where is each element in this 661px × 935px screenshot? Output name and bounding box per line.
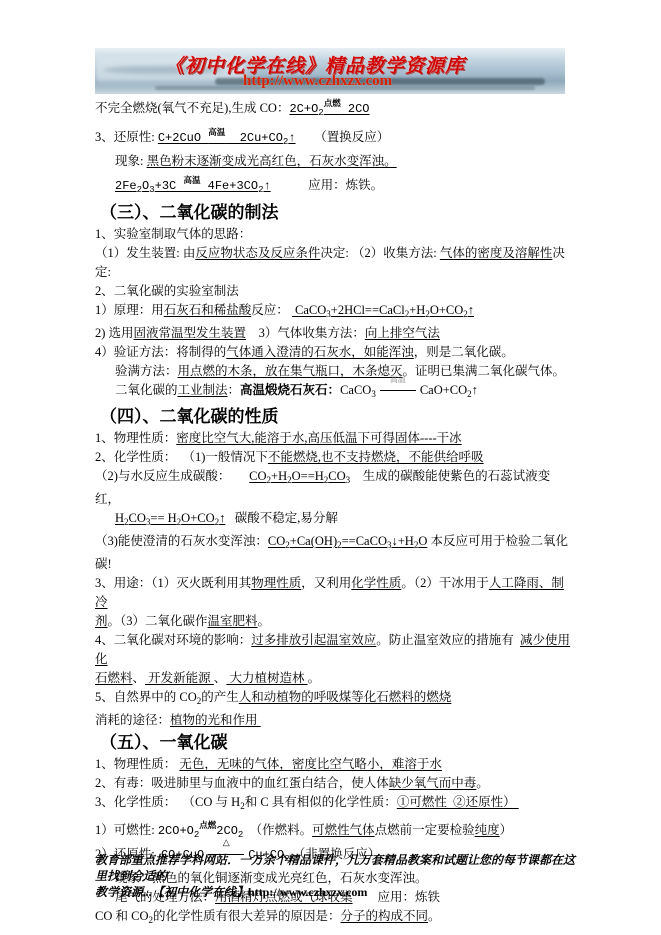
- text-segment: 。: [258, 614, 271, 628]
- text-line: 4、二氧化碳对环境的影响：过多排放引起温室效应。防止温室效应的措施有 减少使用化: [95, 631, 575, 669]
- text-line: 1）可燃性: 2CO+O2点燃2CO2 （作燃料。可燃性气体点燃前一定要检验纯度…: [95, 816, 575, 845]
- text-segment: 2、二氧化碳的实验室制法: [95, 284, 239, 298]
- formula-segment: 2C+O: [289, 102, 318, 116]
- formula-segment: 2CO: [341, 102, 370, 116]
- text-segment: 与: [212, 795, 231, 809]
- formula-segment: CO: [129, 511, 146, 525]
- formula-segment: ↑: [263, 179, 270, 193]
- section-heading: （五）、一氧化碳: [95, 730, 575, 755]
- underlined-phrase: 植物的光和作用: [170, 713, 261, 727]
- text-segment: 和: [245, 795, 261, 809]
- underlined-phrase: 反应物状态及反应条件: [195, 246, 320, 260]
- text-segment: 2、化学性质： （1)一般情况下: [95, 450, 268, 464]
- reaction-condition-label: △: [223, 833, 230, 852]
- text-segment: 缺少氧气而中毒: [389, 776, 477, 790]
- text-line: 2) 选用固液常温型发生装置 3）气体收集方法：向上排空气法: [95, 324, 575, 343]
- text-line: 2Fe2O3+3C 高温 4Fe+3CO2↑ 应用：炼铁。: [95, 171, 575, 200]
- reaction-condition-arrow: 高温: [380, 381, 416, 400]
- formula-segment: CO: [179, 690, 196, 704]
- text-segment: ①可燃性 ②还原性）: [397, 795, 519, 809]
- condition-superscript: 高温: [208, 127, 225, 137]
- underlined-phrase: 物理性质: [251, 576, 301, 590]
- text-segment: ：: [228, 383, 241, 397]
- text-segment: 用点燃的木条，放在集气瓶口，木条熄灭: [178, 364, 403, 378]
- text-line: CO 和 CO2的化学性质有很大差异的原因是：分子的构成不同。: [95, 907, 575, 930]
- formula-segment: C+2CuO: [158, 131, 208, 145]
- formula-segment: O+CO: [181, 511, 214, 525]
- text-segment: 碳酸不稳定,易分解: [225, 511, 338, 525]
- text-line: 2、有毒：吸进肺里与血液中的血红蛋白结合，使人体缺少氧气而中毒。: [95, 774, 575, 793]
- underlined-phrase: 可燃性气体: [312, 823, 375, 837]
- underlined-phrase: H2CO3== H2O+CO2↑: [115, 511, 225, 525]
- text-line: （3)能使澄清的石灰水变浑浊：CO2+Ca(OH)2==CaCO3↓+H2O 本…: [95, 532, 575, 574]
- formula-segment: ==CaCO: [342, 534, 387, 548]
- text-segment: （五）、一氧化碳: [100, 733, 228, 752]
- text-segment: 。: [308, 671, 321, 685]
- text-segment: 点燃前一定要检验: [375, 823, 475, 837]
- text-line: 消耗的途径：植物的光和作用: [95, 711, 575, 730]
- condition-superscript: 点燃: [324, 98, 341, 108]
- formula-segment: O: [418, 534, 427, 548]
- text-line: 1、物理性质：密度比空气大,能溶于水,高压低温下可得固体----干冰: [95, 429, 575, 448]
- formula-segment: 2CO+O: [158, 824, 194, 838]
- text-segment: 。: [476, 776, 489, 790]
- underlined-phrase: 化学性质: [351, 576, 401, 590]
- text-segment: 3、用途：（1）灭火既利用其: [95, 576, 251, 590]
- reaction-condition-label: 高温: [390, 370, 406, 389]
- formula-segment: H: [231, 795, 240, 809]
- underlined-phrase: 工业制法: [178, 383, 228, 397]
- text-segment: 决定: （2）收集方法:: [320, 246, 439, 260]
- text-line: 4）验证方法：将制得的气体通入澄清的石灰水，如能浑浊，则是二氧化碳。: [95, 343, 575, 362]
- formula-segment: == H: [150, 511, 176, 525]
- text-segment: 教育部重点推荐学科网站．一万余个精品课件，几万套精品教案和试题让您的每节课都在这…: [95, 853, 575, 883]
- text-segment: 、: [214, 671, 227, 685]
- underlined-phrase: CO2+Ca(OH)2==CaCO3↓+H2O: [268, 534, 427, 548]
- text-line: 1）原理：用石灰石和稀盐酸反应： CaCO3+2HCl==CaCl2+H2O+C…: [95, 301, 575, 324]
- text-segment: 的化学性质有很大差异的原因是：: [153, 909, 341, 923]
- text-line: 3、还原性: C+2CuO 高温 2Cu+CO2↑ （置换反应）: [95, 123, 575, 152]
- text-segment: 不完全燃烧(氧气不充足),生成: [95, 101, 260, 115]
- site-banner-image: 《初中化学在线》精品教学资源库 http://www.czhxzx.com: [95, 48, 565, 94]
- text-segment: （四）、二氧化碳的性质: [100, 407, 279, 426]
- formula-segment: CaCO: [292, 303, 326, 317]
- footer-url-link[interactable]: http://www.czhxzx.com: [248, 885, 367, 899]
- text-segment: 。: [428, 909, 441, 923]
- text-line: 2、二氧化碳的实验室制法: [95, 282, 575, 301]
- text-segment: 现象:: [115, 154, 147, 168]
- text-segment: 1）可燃性:: [95, 823, 158, 837]
- text-segment: 教学资源...【初中化学在线】: [95, 885, 248, 899]
- text-segment: 分子的构成不同: [341, 909, 429, 923]
- text-line: 2、化学性质： （1)一般情况下不能燃烧,也不支持燃烧，不能供给呼吸: [95, 448, 575, 467]
- text-segment: 固液常温型发生装置: [134, 326, 247, 340]
- underlined-phrase: 用点燃的木条，放在集气瓶口，木条熄灭: [178, 364, 403, 378]
- text-segment: 温室肥料: [208, 614, 258, 628]
- formula-segment: CO: [268, 534, 285, 548]
- text-segment: ，则是二氧化碳。: [414, 345, 514, 359]
- text-segment: 无色，无味的气体，密度比空气略小，难溶于水: [179, 757, 442, 771]
- text-segment: 纯度: [475, 823, 500, 837]
- text-segment: （三）、二氧化碳的制法: [100, 203, 279, 222]
- formula-segment: 2: [194, 830, 199, 840]
- formula-segment: CaCO: [340, 383, 371, 397]
- text-line: H2CO3== H2O+CO2↑ 碳酸不稳定,易分解: [95, 509, 575, 532]
- text-segment: 向上排空气法: [365, 326, 440, 340]
- formula-segment: ↓+H: [391, 534, 413, 548]
- text-segment: 二氧化碳的: [115, 383, 178, 397]
- formula-segment: 2Cu+CO: [225, 131, 283, 145]
- formula-segment: 2: [318, 108, 323, 118]
- text-segment: 1）原理：用: [95, 303, 164, 317]
- underlined-phrase: 石燃料: [95, 671, 133, 685]
- text-segment: 4）验证方法：将制得的: [95, 345, 226, 359]
- text-segment: 开发新能源: [145, 671, 214, 685]
- text-segment: 工业制法: [178, 383, 228, 397]
- text-segment: ，又利用: [301, 576, 351, 590]
- text-segment: 1、物理性质：: [95, 431, 176, 445]
- banner-url-link[interactable]: http://www.czhxzx.com: [243, 73, 392, 90]
- arrow-bar: [380, 390, 416, 391]
- formula-segment: CO: [195, 795, 212, 809]
- text-line: 教学资源...【初中化学在线】http://www.czhxzx.com: [95, 884, 575, 900]
- underlined-phrase: 气体通入澄清的石灰水，如能浑浊: [226, 345, 414, 359]
- text-segment: 反应：: [251, 303, 292, 317]
- text-segment: 高温煅烧石灰石：: [240, 383, 340, 397]
- text-line: 不完全燃烧(氧气不充足),生成 CO：2C+O2点燃 2CO: [95, 94, 575, 123]
- formula-segment: 2Fe: [115, 179, 137, 193]
- text-segment: 黑色粉末逐渐变成光高红色，石灰水变浑浊。: [147, 154, 397, 168]
- text-segment: 密度比空气大,能溶于水,高压低温下可得固体----干冰: [176, 431, 461, 445]
- text-segment: 5、自然界中的: [95, 690, 179, 704]
- text-segment: 。防止温室效应的措施有: [376, 633, 520, 647]
- formula-segment: +H: [271, 469, 287, 483]
- underlined-phrase: 缺少氧气而中毒: [389, 776, 477, 790]
- formula-segment: C: [260, 795, 268, 809]
- text-line: 现象: 黑色粉末逐渐变成光高红色，石灰水变浑浊。: [95, 152, 575, 171]
- underlined-phrase: 剂: [95, 614, 108, 628]
- underlined-phrase: ①可燃性 ②还原性）: [397, 795, 519, 809]
- text-line: 1、物理性质： 无色，无味的气体，密度比空气略小，难溶于水: [95, 755, 575, 774]
- formula-segment: +Ca(OH): [290, 534, 337, 548]
- text-segment: 3、化学性质： （: [95, 795, 195, 809]
- formula-segment: 3: [371, 389, 376, 399]
- condition-superscript: 高温: [183, 175, 200, 185]
- underlined-phrase: 气体的密度及溶解性: [440, 246, 553, 260]
- formula-segment: ↑: [472, 383, 478, 397]
- text-segment: 和: [112, 909, 131, 923]
- text-segment: 。证明已集满二氧化碳气体。: [403, 364, 566, 378]
- underlined-phrase: 2C+O2点燃 2CO: [289, 101, 369, 115]
- text-segment: 可燃性气体: [312, 823, 375, 837]
- document-page: 《初中化学在线》精品教学资源库 http://www.czhxzx.com 不完…: [0, 0, 661, 935]
- formula-segment: CO: [95, 909, 112, 923]
- underlined-phrase: C+2CuO 高温 2Cu+CO2↑: [158, 130, 296, 144]
- text-segment: （作燃料。: [243, 823, 312, 837]
- formula-segment: CO: [260, 101, 277, 115]
- section-heading: （三）、二氧化碳的制法: [95, 200, 575, 225]
- formula-segment: O+CO: [430, 303, 463, 317]
- underlined-phrase: CaCO3+2HCl==CaCl2+H2O+CO2↑: [292, 303, 474, 317]
- text-line: （1）发生装置: 由反应物状态及反应条件决定: （2）收集方法: 气体的密度及溶…: [95, 244, 575, 282]
- text-segment: 植物的光和作用: [170, 713, 261, 727]
- text-segment: 、: [133, 671, 146, 685]
- underlined-phrase: 向上排空气法: [365, 326, 440, 340]
- text-segment: （置换反应）: [296, 130, 390, 144]
- text-line: 剂。（3）二氧化碳作温室肥料。: [95, 612, 575, 631]
- page-footer: 教育部重点推荐学科网站．一万余个精品课件，几万套精品教案和试题让您的每节课都在这…: [95, 852, 575, 900]
- text-segment: 气体的密度及溶解性: [440, 246, 553, 260]
- text-line: 教育部重点推荐学科网站．一万余个精品课件，几万套精品教案和试题让您的每节课都在这…: [95, 852, 575, 884]
- text-segment: 3）气体收集方法：: [246, 326, 365, 340]
- formula-segment: O==H: [292, 469, 324, 483]
- underlined-phrase: 无色，无味的气体，密度比空气略小，难溶于水: [179, 757, 442, 771]
- text-segment: 过多排放引起温室效应: [251, 633, 376, 647]
- formula-segment: CO: [131, 909, 148, 923]
- text-segment: 1、实验室制取气体的思路：: [95, 227, 251, 241]
- text-segment: 应用：炼铁。: [271, 178, 384, 192]
- formula-segment: 4Fe+3CO: [200, 179, 258, 193]
- text-segment: 2) 选用: [95, 326, 134, 340]
- underlined-phrase: 温室肥料: [208, 614, 258, 628]
- text-segment: 的产生: [201, 690, 239, 704]
- underlined-phrase: 过多排放引起温室效应: [251, 633, 376, 647]
- text-segment: 石燃料: [95, 671, 133, 685]
- underlined-phrase: 固液常温型发生装置: [134, 326, 247, 340]
- underlined-phrase: 分子的构成不同: [341, 909, 429, 923]
- text-segment: ：: [277, 101, 290, 115]
- formula-segment: CaO+CO: [420, 383, 467, 397]
- text-segment: ）: [500, 823, 513, 837]
- formula-segment: ↑: [468, 303, 474, 317]
- text-segment: （1）发生装置: 由: [95, 246, 195, 260]
- formula-segment: CO: [328, 469, 345, 483]
- text-segment: 。（3）二氧化碳作: [108, 614, 208, 628]
- text-line: 3、用途：（1）灭火既利用其物理性质，又利用化学性质。（2）干冰用于人工降雨、制…: [95, 574, 575, 612]
- document-body: 不完全燃烧(氧气不充足),生成 CO：2C+O2点燃 2CO3、还原性: C+2…: [95, 94, 575, 930]
- underlined-phrase: 人和动植物的呼吸煤等化石燃料的燃烧: [239, 690, 452, 704]
- formula-segment: ↑: [288, 131, 295, 145]
- text-segment: 人和动植物的呼吸煤等化石燃料的燃烧: [239, 690, 452, 704]
- underlined-phrase: 密度比空气大,能溶于水,高压低温下可得固体----干冰: [176, 431, 461, 445]
- formula-segment: +2HCl==CaCl: [331, 303, 405, 317]
- formula-segment: +3C: [155, 179, 184, 193]
- text-segment: 。（2）干冰用于: [401, 576, 489, 590]
- text-segment: 验满方法：: [115, 364, 178, 378]
- text-segment: 大力植树造林: [226, 671, 307, 685]
- text-segment: 化学性质: [351, 576, 401, 590]
- underlined-phrase: 大力植树造林: [226, 671, 307, 685]
- underlined-phrase: 纯度: [475, 823, 500, 837]
- text-line: 5、自然界中的 CO2的产生人和动植物的呼吸煤等化石燃料的燃烧: [95, 688, 575, 711]
- text-segment: 具有相似的化学性质：: [269, 795, 397, 809]
- text-segment: 气体通入澄清的石灰水，如能浑浊: [226, 345, 414, 359]
- text-segment: （2)与水反应生成碳酸：: [95, 469, 249, 483]
- text-segment: 4、二氧化碳对环境的影响：: [95, 633, 251, 647]
- text-segment: 2、有毒：吸进肺里与血液中的血红蛋白结合，使人体: [95, 776, 389, 790]
- text-segment: （3)能使澄清的石灰水变浑浊：: [95, 534, 268, 548]
- underlined-phrase: 2Fe2O3+3C 高温 4Fe+3CO2↑: [115, 178, 271, 192]
- text-segment: 物理性质: [251, 576, 301, 590]
- formula-segment: CO: [249, 469, 266, 483]
- underlined-phrase: 开发新能源: [145, 671, 214, 685]
- text-segment: 不能燃烧,也不支持燃烧，不能供给呼吸: [268, 450, 484, 464]
- text-line: （2)与水反应生成碳酸： CO2+H2O==H2CO3 生成的碳酸能使紫色的石蕊…: [95, 467, 575, 509]
- text-line: 1、实验室制取气体的思路：: [95, 225, 575, 244]
- underlined-phrase: CO2+H2O==H2CO3: [249, 469, 350, 483]
- underlined-phrase: 不能燃烧,也不支持燃烧，不能供给呼吸: [268, 450, 484, 464]
- formula-segment: +H: [409, 303, 425, 317]
- text-line: 石燃料、 开发新能源 、 大力植树造林 。: [95, 669, 575, 688]
- underlined-phrase: 石灰石和稀盐酸: [164, 303, 252, 317]
- section-heading: （四）、二氧化碳的性质: [95, 404, 575, 429]
- condition-superscript: 点燃: [199, 820, 216, 830]
- text-segment: 反应物状态及反应条件: [195, 246, 320, 260]
- text-segment: 1、物理性质：: [95, 757, 179, 771]
- text-line: 3、化学性质： （CO 与 H2和 C 具有相似的化学性质：①可燃性 ②还原性）: [95, 793, 575, 816]
- text-segment: 3、还原性:: [95, 130, 158, 144]
- underlined-phrase: 黑色粉末逐渐变成光高红色，石灰水变浑浊。: [147, 154, 397, 168]
- formula-segment: H: [115, 511, 124, 525]
- text-segment: 石灰石和稀盐酸: [164, 303, 252, 317]
- text-line: 验满方法：用点燃的木条，放在集气瓶口，木条熄灭。证明已集满二氧化碳气体。: [95, 362, 575, 381]
- text-segment: 消耗的途径：: [95, 713, 170, 727]
- text-segment: 剂: [95, 614, 108, 628]
- text-line: 二氧化碳的工业制法：高温煅烧石灰石：CaCO3高温CaO+CO2↑: [95, 381, 575, 404]
